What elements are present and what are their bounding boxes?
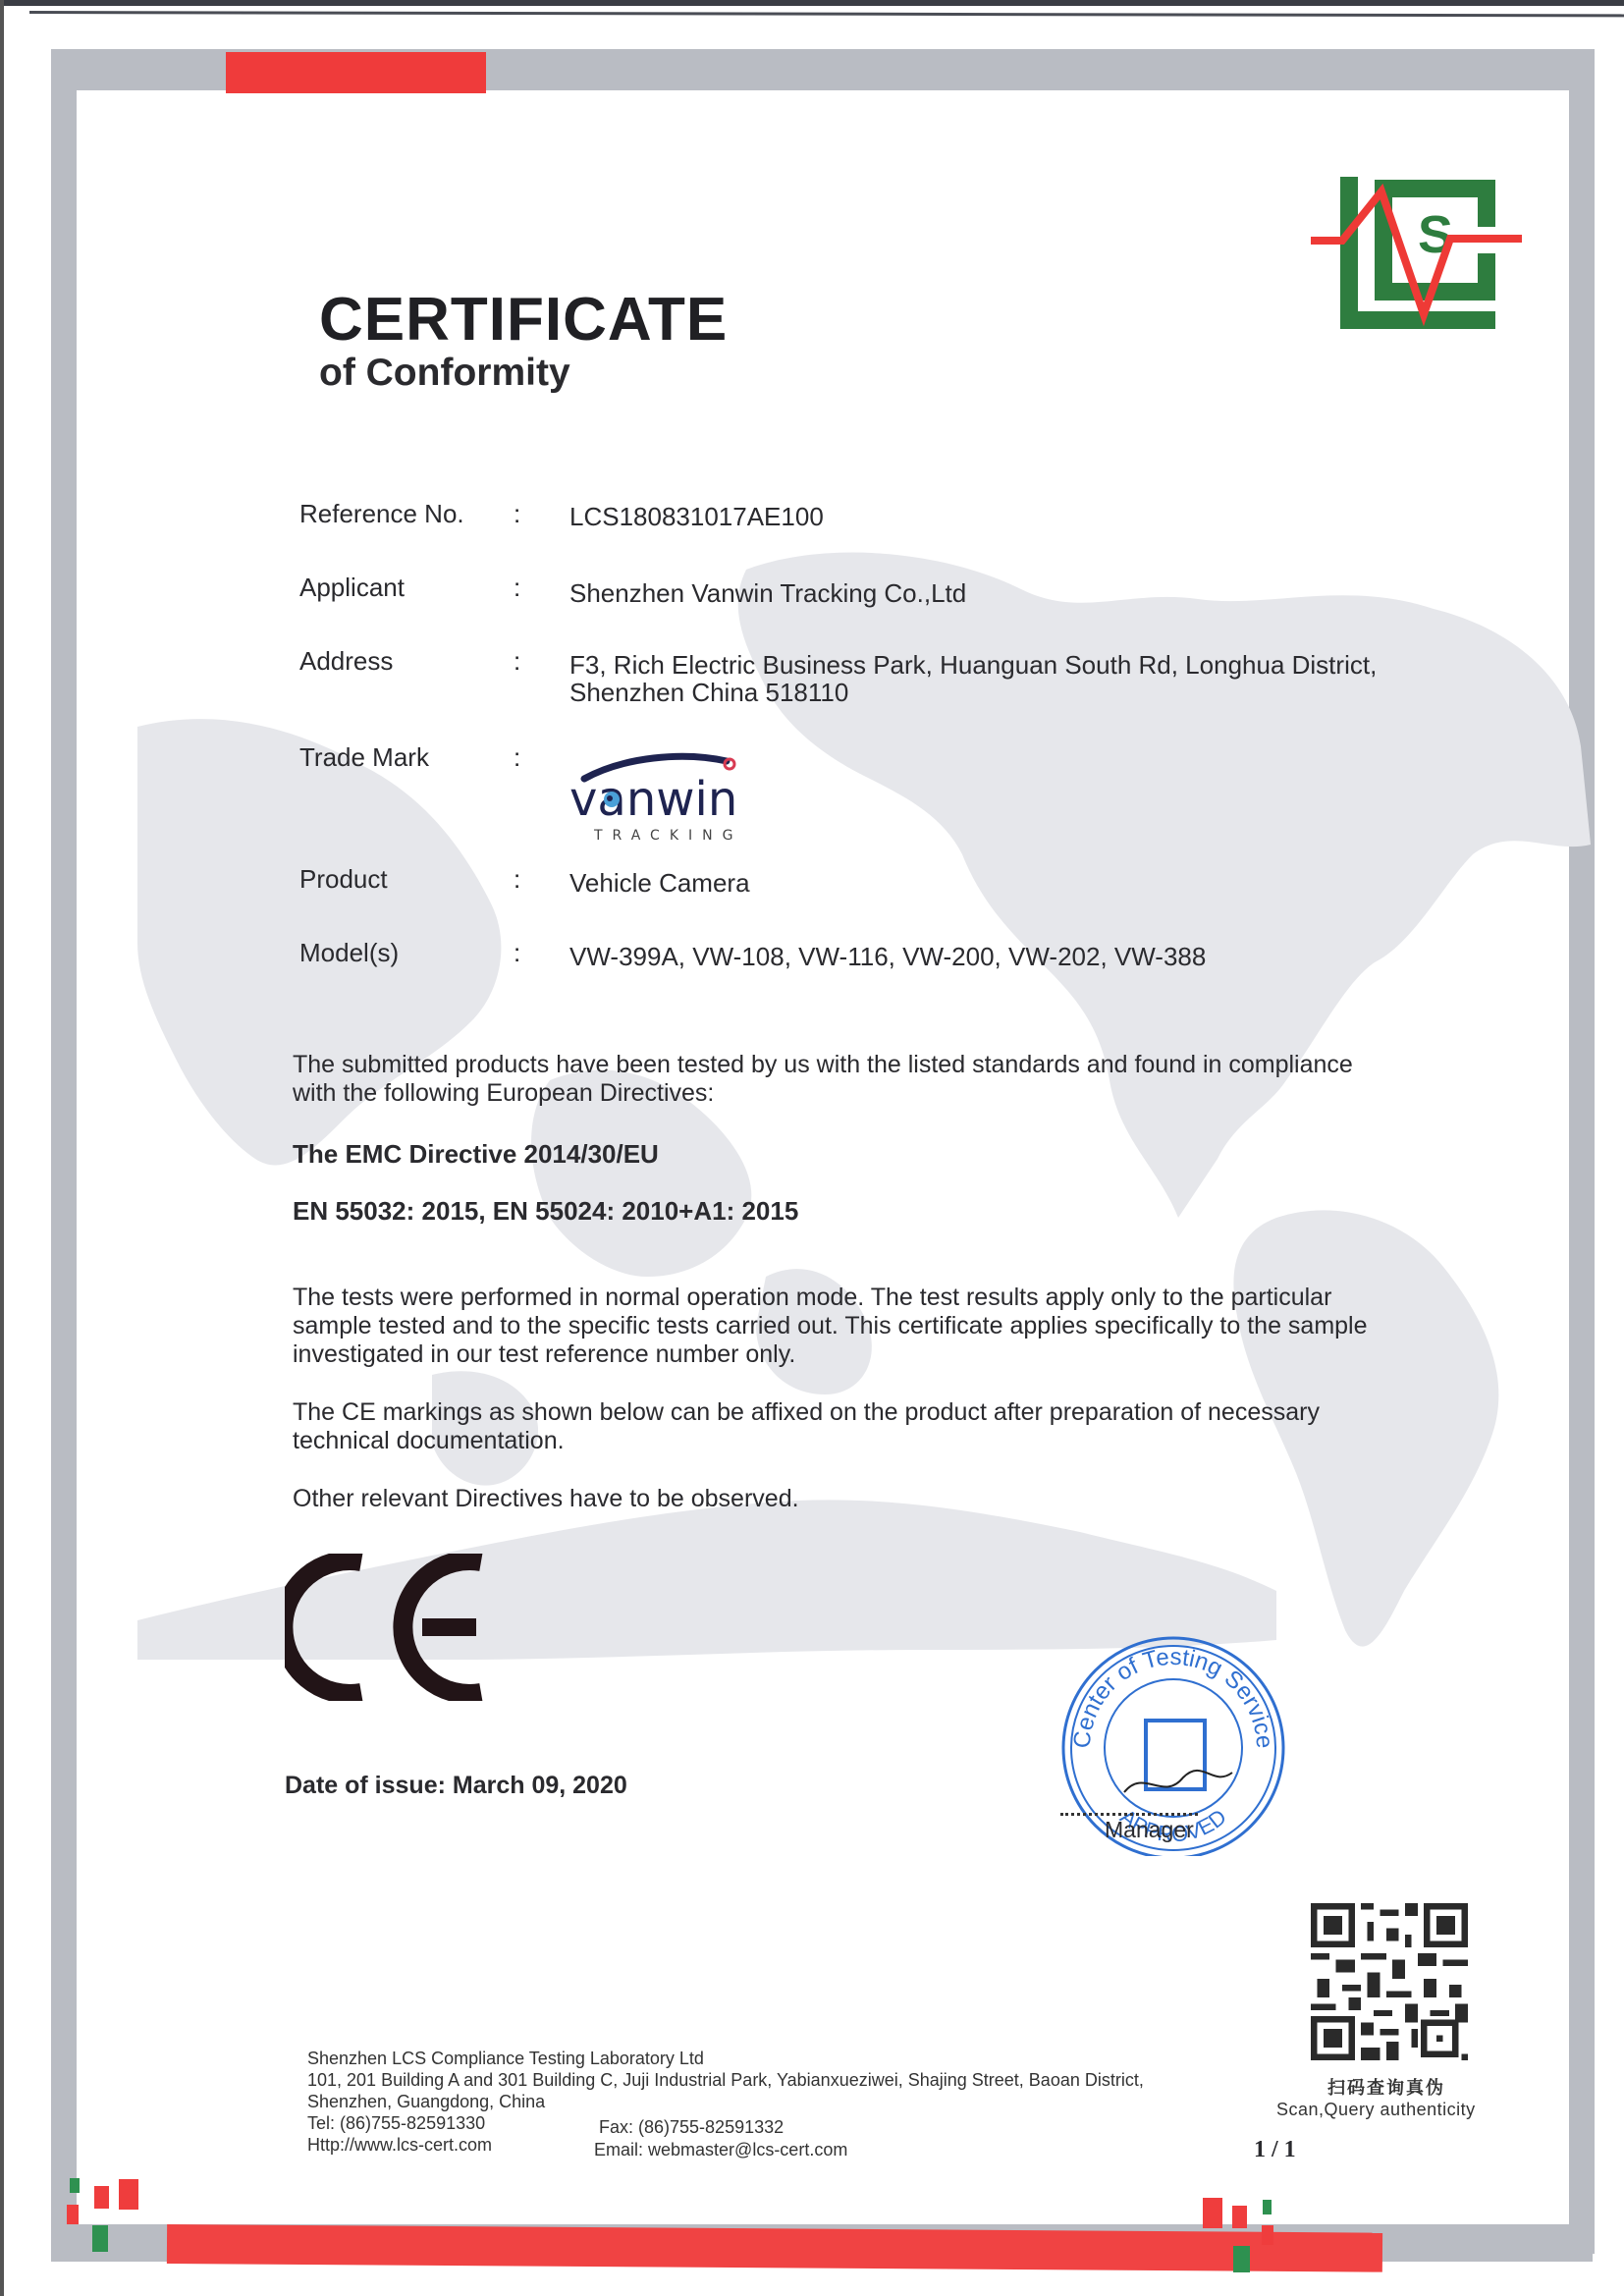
colon: :: [514, 499, 520, 529]
directive-text: The EMC Directive 2014/30/EU: [293, 1139, 659, 1170]
corner-square-green: [92, 2225, 108, 2252]
colon: :: [514, 573, 520, 603]
footer-address-line-1: 101, 201 Building A and 301 Building C, …: [307, 2069, 1144, 2091]
corner-square-red: [1203, 2198, 1222, 2228]
footer-website-link[interactable]: Http://www.lcs-cert.com: [307, 2134, 492, 2156]
footer-address-line-2: Shenzhen, Guangdong, China: [307, 2091, 545, 2112]
corner-square-red: [94, 2186, 109, 2209]
ce-marking-line-1: The CE markings as shown below can be af…: [293, 1398, 1451, 1427]
trademark-brand: vanwin: [569, 772, 737, 827]
corner-square-red: [67, 2205, 79, 2224]
reference-label: Reference No.: [299, 499, 464, 529]
corner-square-green: [1233, 2246, 1250, 2272]
footer-email-link[interactable]: Email: webmaster@lcs-cert.com: [594, 2139, 847, 2160]
qr-code-icon: [1311, 1903, 1468, 2060]
frame-red-accent-top: [226, 52, 486, 93]
corner-square-green: [70, 2178, 80, 2193]
address-line-2: Shenzhen China 518110: [569, 678, 848, 707]
corner-square-red: [1262, 2225, 1273, 2245]
scan-edge-top: [0, 0, 1624, 6]
page-number: 1 / 1: [1254, 2137, 1296, 2163]
svg-text:Center of Testing Service: Center of Testing Service: [1069, 1644, 1278, 1749]
frame-red-accent-bottom: [167, 2224, 1382, 2272]
certificate-title: CERTIFICATE: [319, 285, 728, 355]
compliance-line-2: with the following European Directives:: [293, 1079, 1451, 1108]
colon: :: [514, 938, 520, 968]
frame-left-border: [51, 49, 77, 2254]
lcs-logo-icon: S: [1311, 172, 1522, 334]
compliance-line-1: The submitted products have been tested …: [293, 1051, 1451, 1079]
trademark-tagline: TRACKING: [593, 828, 742, 844]
scan-edge-left: [0, 0, 4, 2296]
vanwin-trademark-logo: vanwin TRACKING: [565, 751, 771, 845]
scan-edge-line: [29, 11, 1624, 17]
colon: :: [514, 742, 520, 773]
footer-company: Shenzhen LCS Compliance Testing Laborato…: [307, 2048, 704, 2069]
corner-square-red: [1232, 2206, 1247, 2228]
certificate-subtitle: of Conformity: [319, 352, 570, 395]
other-directives-text: Other relevant Directives have to be obs…: [293, 1485, 1451, 1513]
models-value: VW-399A, VW-108, VW-116, VW-200, VW-202,…: [569, 942, 1206, 971]
tests-line-3: investigated in our test reference numbe…: [293, 1340, 1451, 1369]
ce-mark-icon: [285, 1554, 496, 1701]
colon: :: [514, 646, 520, 677]
tests-paragraph: The tests were performed in normal opera…: [293, 1284, 1451, 1369]
tests-line-2: sample tested and to the specific tests …: [293, 1312, 1451, 1340]
models-label: Model(s): [299, 938, 399, 968]
applicant-value: Shenzhen Vanwin Tracking Co.,Ltd: [569, 578, 966, 608]
qr-caption-english: Scan,Query authenticity: [1276, 2100, 1476, 2120]
stamp-top-text: Center of Testing Service: [1069, 1644, 1278, 1749]
address-label: Address: [299, 646, 393, 677]
footer-fax: Fax: (86)755-82591332: [599, 2116, 784, 2138]
manager-title: Manager: [1105, 1817, 1194, 1843]
tests-line-1: The tests were performed in normal opera…: [293, 1284, 1451, 1312]
address-line-1: F3, Rich Electric Business Park, Huangua…: [569, 650, 1377, 680]
ce-marking-line-2: technical documentation.: [293, 1427, 1451, 1455]
date-of-issue: Date of issue: March 09, 2020: [285, 1772, 627, 1800]
corner-square-green: [1263, 2200, 1272, 2214]
footer-tel: Tel: (86)755-82591330: [307, 2112, 485, 2134]
applicant-label: Applicant: [299, 573, 405, 603]
corner-square-red: [119, 2179, 138, 2210]
standards-text: EN 55032: 2015, EN 55024: 2010+A1: 2015: [293, 1196, 798, 1227]
colon: :: [514, 864, 520, 895]
product-value: Vehicle Camera: [569, 868, 750, 898]
trade-mark-label: Trade Mark: [299, 742, 429, 773]
qr-caption-chinese: 扫码查询真伪: [1327, 2074, 1445, 2100]
product-label: Product: [299, 864, 388, 895]
ce-marking-paragraph: The CE markings as shown below can be af…: [293, 1398, 1451, 1455]
compliance-paragraph: The submitted products have been tested …: [293, 1051, 1451, 1108]
reference-value: LCS180831017AE100: [569, 502, 824, 531]
signature-line: [1060, 1813, 1198, 1816]
